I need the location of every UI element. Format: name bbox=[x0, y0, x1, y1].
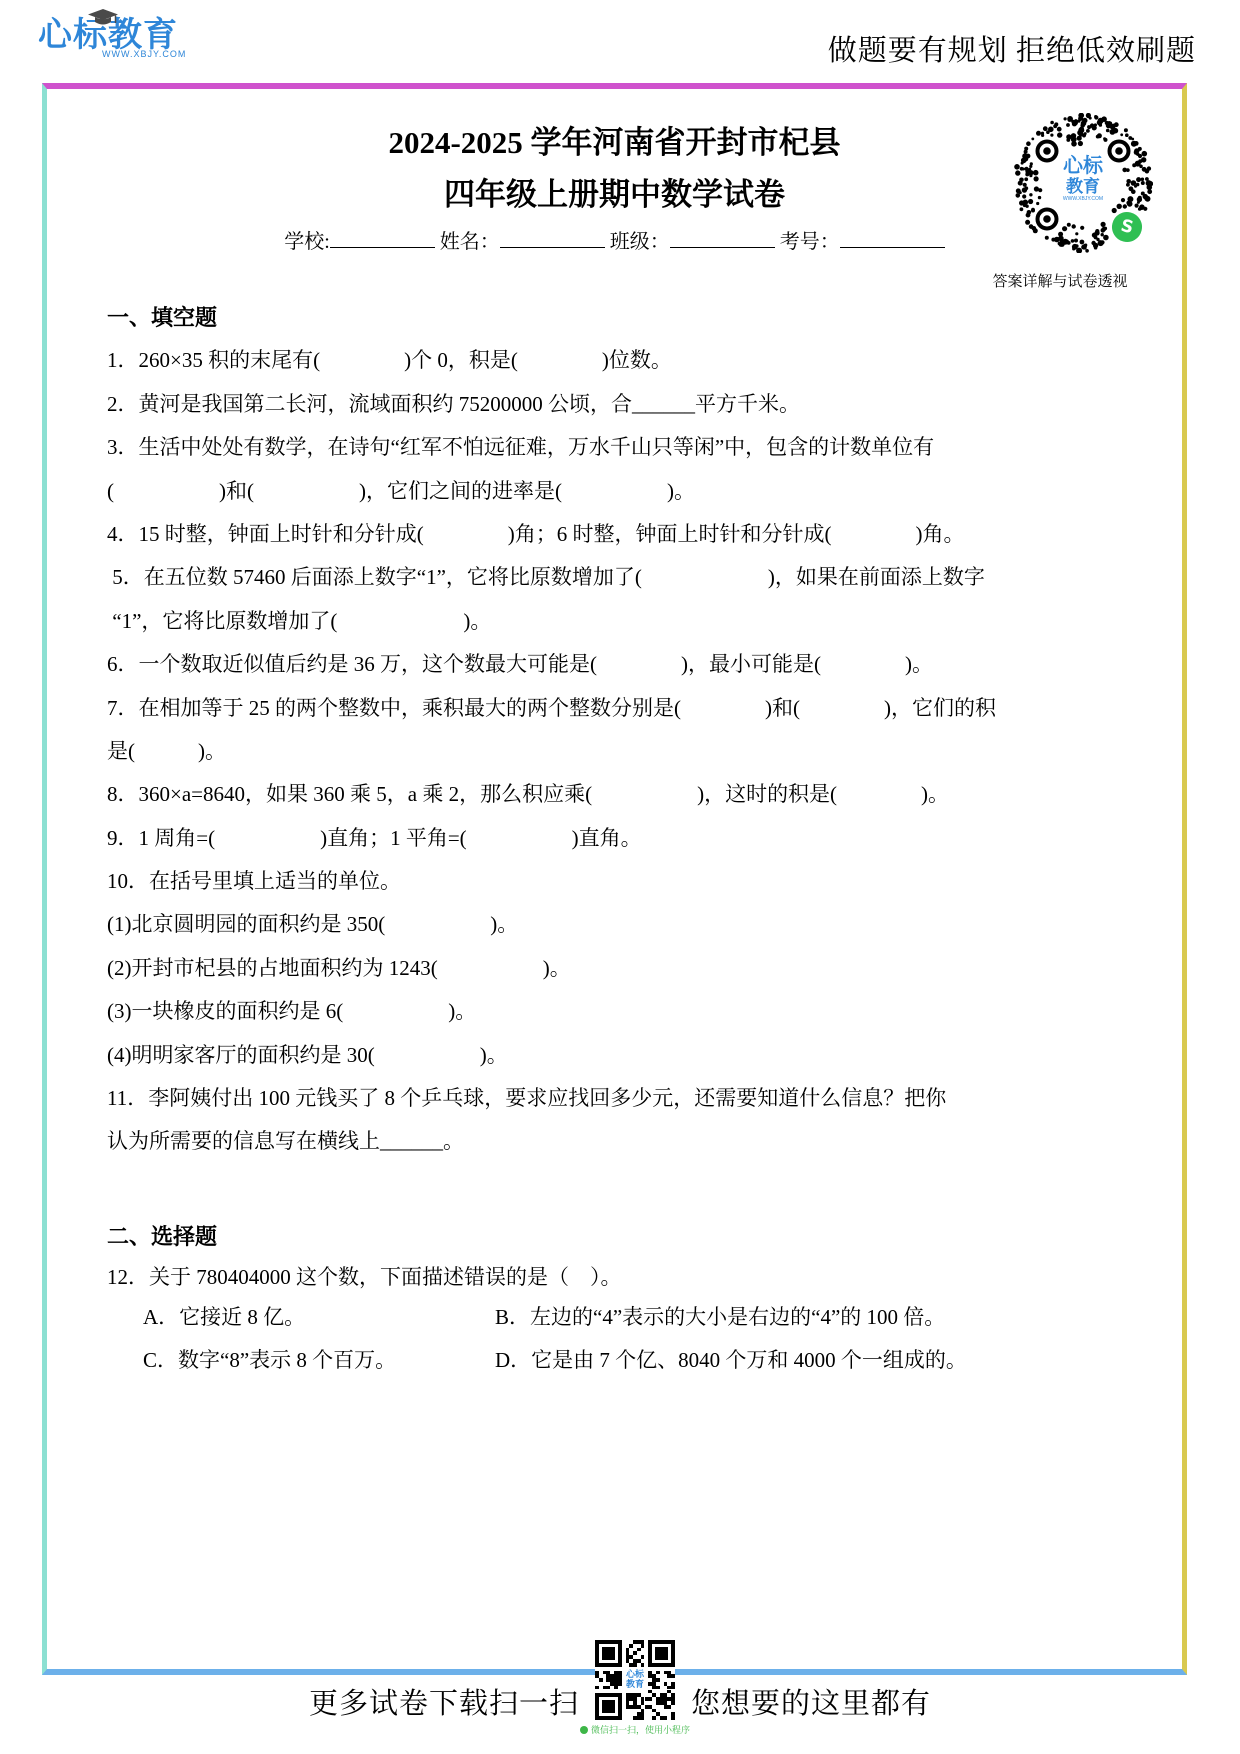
qr-logo-line1: 心标 bbox=[1063, 156, 1103, 176]
footer-qr-caption-text: 微信扫一扫，使用小程序 bbox=[591, 1723, 690, 1736]
footer-qr-logo-line1: 心标 bbox=[626, 1669, 644, 1679]
graduation-cap-icon bbox=[88, 9, 118, 27]
qr-center-logo: 心标 教育 WWW.XBJY.COM bbox=[1063, 156, 1103, 202]
section-1-heading: 一、填空题 bbox=[107, 296, 1152, 339]
brand-logo: 心标教育 WWW.XBJY.COM bbox=[38, 16, 238, 76]
footer-qr-caption: 微信扫一扫，使用小程序 bbox=[580, 1723, 690, 1736]
question-line: 5．在五位数 57460 后面添上数字“1”，它将比原数增加了( )，如果在前面… bbox=[107, 556, 1152, 599]
section-2-heading: 二、选择题 bbox=[107, 1215, 1152, 1258]
qr-logo-site: WWW.XBJY.COM bbox=[1063, 197, 1103, 202]
page-frame: 2024-2025 学年河南省开封市杞县 四年级上册期中数学试卷 学校: 姓名：… bbox=[42, 83, 1187, 1675]
form-field: 班级： bbox=[610, 225, 775, 254]
question-line: (2)开封市杞县的占地面积约为 1243( )。 bbox=[107, 947, 1152, 990]
answer-qr-code: 心标 教育 WWW.XBJY.COM S bbox=[1013, 113, 1153, 253]
question-line: 是( )。 bbox=[107, 730, 1152, 773]
question-line: 2．黄河是我国第二长河，流域面积约 75200000 公顷，合______平方千… bbox=[107, 383, 1152, 426]
fill-blank-line[interactable] bbox=[500, 229, 605, 248]
form-field-label: 学校: bbox=[284, 231, 330, 253]
form-field: 学校: bbox=[284, 225, 435, 254]
qr-logo-line2: 教育 bbox=[1063, 178, 1103, 195]
choice-option: B．左边的“4”表示的大小是右边的“4”的 100 倍。 bbox=[495, 1296, 1152, 1339]
fill-in-questions: 1．260×35 积的末尾有( )个 0，积是( )位数。 2．黄河是我国第二长… bbox=[107, 339, 1152, 1163]
exam-paper-page: { "page_header": { "logo_text": "心标教育", … bbox=[0, 0, 1240, 1754]
brand-site-url: WWW.XBJY.COM bbox=[102, 49, 238, 59]
question-line: ( )和( )，它们之间的进率是( )。 bbox=[107, 470, 1152, 513]
exam-content: 一、填空题 1．260×35 积的末尾有( )个 0，积是( )位数。 2．黄河… bbox=[107, 296, 1152, 1382]
form-field-label: 考号： bbox=[780, 231, 840, 253]
download-qr-code: 心标 教育 微信扫一扫，使用小程序 bbox=[595, 1640, 675, 1720]
question-line: 9．1 周角=( )直角；1 平角=( )直角。 bbox=[107, 817, 1152, 860]
page-footer: 更多试卷下载扫一扫 心标 教育 微信扫一扫，使用小程序 您想要的这里都有 bbox=[0, 1633, 1240, 1733]
form-field-label: 班级： bbox=[610, 231, 670, 253]
fill-blank-line[interactable] bbox=[330, 229, 435, 248]
question-line: 8．360×a=8640，如果 360 乘 5，a 乘 2，那么积应乘( )，这… bbox=[107, 773, 1152, 816]
choice-option: A．它接近 8 亿。 bbox=[143, 1296, 495, 1339]
answer-qr-caption: 答案详解与试卷透视 bbox=[940, 270, 1180, 291]
exam-title-line1: 2024-2025 学年河南省开封市杞县 bbox=[95, 123, 1135, 163]
form-field: 考号： bbox=[780, 225, 945, 254]
exam-title-line2: 四年级上册期中数学试卷 bbox=[95, 175, 1135, 215]
question-line: 11．李阿姨付出 100 元钱买了 8 个乒乓球，要求应找回多少元，还需要知道什… bbox=[107, 1077, 1152, 1120]
question-line: 7．在相加等于 25 的两个整数中，乘积最大的两个整数分别是( )和( )，它们… bbox=[107, 687, 1152, 730]
question-line: (1)北京圆明园的面积约是 350( )。 bbox=[107, 903, 1152, 946]
form-field-label: 姓名： bbox=[440, 231, 500, 253]
footer-qr-center-logo: 心标 教育 bbox=[624, 1669, 646, 1691]
header-slogan: 做题要有规划 拒绝低效刷题 bbox=[828, 28, 1196, 69]
question-line: 10．在括号里填上适当的单位。 bbox=[107, 860, 1152, 903]
question-line: “1”，它将比原数增加了( )。 bbox=[107, 600, 1152, 643]
choice-option: D．它是由 7 个亿、8040 个万和 4000 个一组成的。 bbox=[495, 1339, 1152, 1382]
question-line: 认为所需要的信息写在横线上______。 bbox=[107, 1120, 1152, 1163]
question-line: (3)一块橡皮的面积约是 6( )。 bbox=[107, 990, 1152, 1033]
question-line: 6．一个数取近似值后约是 36 万，这个数最大可能是( )，最小可能是( )。 bbox=[107, 643, 1152, 686]
footer-left-text: 更多试卷下载扫一扫 bbox=[309, 1681, 579, 1722]
question-line: 4．15 时整，钟面上时针和分针成( )角；6 时整，钟面上时针和分针成( )角… bbox=[107, 513, 1152, 556]
choice-option: C．数字“8”表示 8 个百万。 bbox=[143, 1339, 495, 1382]
form-field: 姓名： bbox=[440, 225, 605, 254]
question-12: 12．关于 780404000 这个数，下面描述错误的是（ ）。 bbox=[107, 1258, 1152, 1296]
question-line: 3．生活中处处有数学，在诗句“红军不怕远征难，万水千山只等闲”中，包含的计数单位… bbox=[107, 426, 1152, 469]
wechat-icon bbox=[580, 1726, 588, 1734]
student-info-line: 学校: 姓名： 班级： 考号： bbox=[95, 225, 1135, 251]
footer-right-text: 您想要的这里都有 bbox=[691, 1681, 931, 1722]
choice-options: A．它接近 8 亿。 B．左边的“4”表示的大小是右边的“4”的 100 倍。 … bbox=[107, 1296, 1152, 1382]
footer-qr-logo-line2: 教育 bbox=[626, 1679, 644, 1689]
question-line: (4)明明家客厅的面积约是 30( )。 bbox=[107, 1034, 1152, 1077]
question-line: 1．260×35 积的末尾有( )个 0，积是( )位数。 bbox=[107, 339, 1152, 382]
fill-blank-line[interactable] bbox=[840, 229, 945, 248]
fill-blank-line[interactable] bbox=[670, 229, 775, 248]
